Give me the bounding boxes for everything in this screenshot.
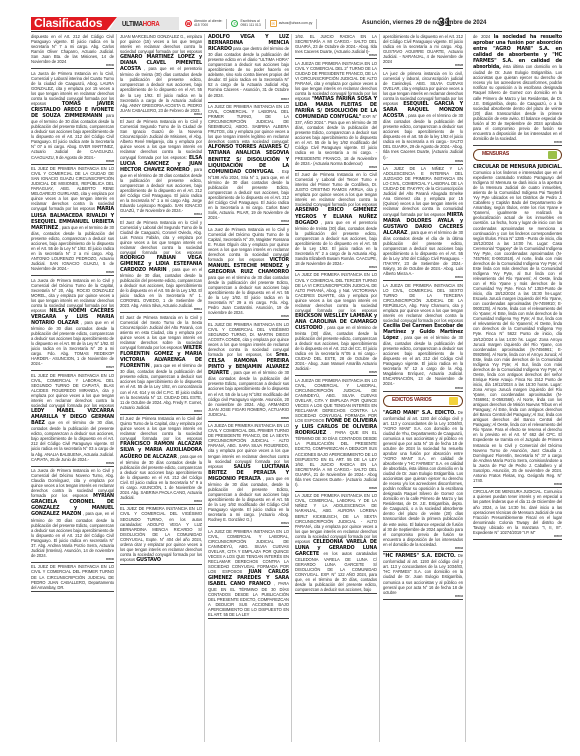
notice-text: , para que en el término de 30 días, con…: [120, 363, 202, 409]
issue-date: Asunción, viernes 29 de noviembre de 202…: [362, 17, 486, 30]
notice: El Juez de Primera Instancia en lo Civil…: [120, 119, 202, 218]
contact-email[interactable]: ✉ avisos@uhora.com.py: [270, 17, 313, 30]
notice-code: R0520: [208, 417, 289, 420]
mail-icon: ✉: [270, 20, 277, 27]
notice-text: EL JUEZ DE PRIMERA INSTANCIA EN LO CIVIL…: [31, 166, 114, 211]
notice: CIRCULAR DE MENSURA JUDICIAL. Comunico a…: [473, 489, 562, 539]
notice: EL JUEZ DE PRIMERA INSTANCIA EN LO CIVIL…: [120, 506, 202, 565]
notice-code: R0517: [208, 98, 289, 101]
notice-code: R0529: [383, 160, 463, 163]
notice-code: R0529: [31, 462, 114, 465]
notice-text: 1/92. EL JUICIO RADICA EN LA SECRETARÍA …: [295, 34, 377, 54]
contact-phone-number: 415 7000: [194, 23, 208, 27]
notice-text: EL JUEZ DE PRIMERA INSTANCIA EN LO CIVIL…: [120, 506, 202, 561]
notice: El Juez de Primera Instancia en lo Civil…: [120, 416, 202, 505]
notice-text: que en el término de 30 días, contados d…: [31, 420, 114, 461]
notice: EL JUEZ DE PRIMERA INSTANCIA EN LO CIVIL…: [31, 373, 114, 467]
notice-text: LA JUEZ DE PRIMERA INSTANCIA EN LO CIVIL…: [208, 529, 289, 574]
notice-text: , para que en el término de 30 días, con…: [383, 335, 463, 386]
notice-text: dispuesto en el Art. 212 del Código Civi…: [31, 34, 114, 64]
contact-phone[interactable]: ☎ Atención al cliente:415 7000: [185, 17, 222, 30]
notice-code: R0522: [295, 54, 377, 57]
notice-code: R0524: [295, 266, 377, 269]
notice-text: LA JUEZ DE LA NIÑEZ Y LA ADOLESCENCIA E …: [383, 166, 463, 216]
edicts-icon: [449, 397, 458, 405]
notice-text: , para que en el termino de 30 días, con…: [31, 225, 114, 271]
notice-code: R0534: [383, 595, 463, 598]
section-header-mensuras: MENSURAS: [473, 149, 562, 161]
notice: de 2024 la sociedad ha resuelto aprobar …: [473, 34, 562, 146]
section-header-label: EDICTOS VARIOS: [392, 398, 432, 403]
notice: El Juez de Primera Instancia en lo Civil…: [295, 172, 377, 271]
notice: dispuesto en el Art. 212 del Código Civi…: [31, 34, 114, 69]
notice-code: R0531: [383, 276, 463, 279]
contact-whatsapp-number: 0981 111 013: [240, 23, 260, 27]
notice-text: El Juez de Primera Instancia en lo Civil…: [295, 172, 377, 207]
notice-text: De conformidad al art. 1193 del código c…: [383, 553, 463, 594]
notice: EL JUEZ DE PRIMERA INSTANCIA EN LO CIVIL…: [31, 166, 114, 276]
divider: [316, 19, 317, 29]
notice-code: R0530: [31, 558, 114, 561]
notice: LA JUEZ DE PRIMERA INSTANCIA EN LO CIVIL…: [208, 529, 289, 620]
notice: LA JUEZ DE LA NIÑEZ Y LA ADOLESCENCIA E …: [383, 166, 463, 281]
notice-text: para que dentro del término de 30 días c…: [208, 46, 289, 97]
notice-text: ésta última con domicilio en la ciudad d…: [473, 64, 562, 141]
notice: LA JUEZA DE PRIMERA INSTANCIA EN LO CIVI…: [295, 61, 377, 171]
notice: El Juez de Primera Instancia en lo Civil…: [120, 220, 202, 314]
notice-text: para que en el término de 30 días contad…: [208, 275, 289, 315]
notice-code: R0525: [295, 371, 377, 374]
page-number: 31: [438, 15, 451, 30]
notice: 1/92. EL JUICIO RADICA EN LA SECRETARÍA …: [295, 34, 377, 59]
notice-names: GUSTAVO: [136, 557, 161, 563]
notice-text: para que el termino de 30 días contados …: [31, 113, 114, 159]
notice-text: JUAN MARCELINO GONZALEZ G., emplaza por …: [120, 34, 202, 54]
column-5: apercibimiento de lo dispuesto en el Art…: [379, 34, 465, 742]
section-title: Clasificados: [31, 17, 117, 30]
notice-text: de 2024: [473, 34, 490, 39]
contact-whatsapp[interactable]: ✆ Escribinos al0981 111 013: [231, 17, 260, 30]
notice-text: en los autos caratulados CELEDONIA VAREL…: [295, 551, 377, 592]
section-header-label: MENSURAS: [482, 152, 509, 157]
notice-code: R0528: [383, 64, 463, 67]
contact-email-address: avisos@uhora.com.py: [279, 22, 313, 26]
map-icon: [548, 151, 557, 159]
notice: La Jueza de Primera Instancia en lo Civi…: [31, 278, 114, 372]
notice-code: R0514: [120, 308, 202, 311]
notice-text: , para que, en el término de 30 días con…: [31, 511, 114, 557]
notice-code: R0533: [383, 547, 463, 550]
notice: LA juez de primera instancia en lo civil…: [383, 71, 463, 165]
notice: La Jueza de Primera Instancia en lo Civi…: [31, 468, 114, 563]
notice: LA JUEZ DE PRIMERA INSTANCIA EN LO CIVIL…: [295, 272, 377, 376]
column-4: 1/92. EL JUICIO RADICA EN LA SECRETARÍA …: [291, 34, 379, 742]
page-header: Clasificados ULTIMAHORA ☎ Atención al cl…: [31, 17, 562, 30]
publisher-logo-a: ULTIMA: [122, 19, 143, 28]
notice-text: CIRCULAR DE MENSURA JUDICIAL. Comunico a…: [473, 489, 562, 534]
notice-text: , PARA QUE EN EL TÉRMINO DE 30 DÍAS CONT…: [208, 581, 289, 617]
notice-code: R0518: [208, 220, 289, 223]
notice-text: , para que en el término de 30 días cont…: [120, 167, 202, 213]
notice-code: R0526: [31, 271, 114, 274]
notice-code: R0516: [120, 500, 202, 503]
column-6: de 2024 la sociedad ha resuelto aprobar …: [465, 34, 562, 742]
notice-text: EL JUEZ DE PRIMERA INSTANCIA EN LO CIVIL…: [31, 373, 114, 408]
notice: EL JUEZ DE PRIMERA INSTANCIA EN LO CIVIL…: [31, 564, 114, 591]
notice-text: De conformidad al art. 1193 del código c…: [383, 410, 463, 547]
notice: ADOLFO VEGA Y LUZ BERNARDINA MENCIA RICA…: [208, 34, 289, 103]
notice: La Jueza de Primera Instancia en lo Civi…: [31, 71, 114, 165]
notice: El Juez de Primera Instancia en lo Civil…: [120, 315, 202, 415]
notice-code: R0523: [295, 166, 377, 169]
notice-text: LA JUEZ DE PRIMERA INSTANCIA EN LO CIVIL…: [295, 272, 377, 312]
notice-text: , para que en el perentorio término de t…: [120, 66, 202, 112]
notice-text: , para que en el término de 30 días cont…: [208, 370, 289, 416]
notice: LA JUEZA DE PRIMERA INSTANCIA EN LO CIVI…: [295, 378, 377, 492]
notice-text: LA JUEZA DE PRIMERA INSTANCIA EN LO CIVI…: [383, 283, 463, 323]
whatsapp-icon: ✆: [231, 20, 238, 27]
notice: LA JUEZA DE PRIMERA INSTANCIA EN LO CIVI…: [208, 423, 289, 527]
publisher-logo-b: HORA: [143, 19, 160, 28]
notice-text: LA JUEZ DE PRIMERA INSTANCIA EN LO CIVIL…: [295, 493, 377, 543]
notice-code: R0532: [383, 387, 463, 390]
notice: EL JUEZ DE PRIMERA INSTANCIA EN LO CIVIL…: [208, 322, 289, 422]
notice: LA JUEZ DE PRIMERA INSTANCIA EN LO CIVIL…: [208, 104, 289, 225]
notice: LA JUEZ DE PRIMERA INSTANCIA EN LO CIVIL…: [295, 493, 377, 594]
notice-text: El Juez de Primera Instancia en lo Civil…: [120, 119, 202, 159]
notice-text: apercibimiento de lo dispuesto en el Art…: [383, 34, 463, 64]
notice-text: EL JUEZ DE PRIMERA INSTANCIA EN LO CIVIL…: [31, 564, 114, 589]
notice-code: R0527: [31, 366, 114, 369]
phone-icon: ☎: [185, 20, 192, 27]
section-header-edictos-varios: EDICTOS VARIOS: [383, 395, 463, 407]
notice: "HC FARMES" S.A. EDICTO. De conformidad …: [383, 553, 463, 599]
notice-text: Comunico a los linderos e interesados qu…: [473, 170, 562, 483]
notice: LA JUEZA DE PRIMERA INSTANCIA EN LO CIVI…: [383, 283, 463, 392]
notice-text: , para que en el término de 30 días cont…: [31, 320, 114, 366]
notice-text: , para que en el término de 30 días cont…: [383, 230, 463, 276]
notice-code: R0526: [295, 487, 377, 490]
notice: La Juez de Primera Instancia en lo Civil…: [208, 227, 289, 321]
notice-text: EXP. N° 337, AÑO 2024.". Para que en tér…: [295, 114, 377, 165]
notice-text: El Juez de Primera Instancia en lo Civil…: [120, 416, 202, 441]
notice-text: , para que en el término de treinta (30)…: [295, 325, 377, 371]
column-1: dispuesto en el Art. 212 del Código Civi…: [31, 34, 116, 742]
notice-code: R0520: [208, 315, 289, 318]
notice-code: R0535: [473, 141, 562, 144]
notice-text: , para que en el término de 30 días, con…: [120, 267, 202, 308]
notice-code: R0513: [120, 213, 202, 216]
notice-code: R0537: [473, 535, 562, 538]
classifieds-columns: dispuesto en el Art. 212 del Código Civi…: [31, 34, 562, 742]
notice-text: LA JUEZA DE PRIMERA INSTANCIA EN LO CIVI…: [208, 423, 289, 468]
notice-text: , para que en el término de 30 días cont…: [383, 113, 463, 159]
notice-code: R0528: [31, 160, 114, 163]
column-3: ADOLFO VEGA Y LUZ BERNARDINA MENCIA RICA…: [204, 34, 291, 742]
header-rule: [31, 31, 562, 32]
notice-text: , para que en el término de 30 días cont…: [120, 454, 202, 500]
notice-text: LA JUEZA DE PRIMERA INSTANCIA EN LO CIVI…: [295, 61, 377, 101]
notice-text: LA JUEZ DE PRIMERA INSTANCIA EN LO CIVIL…: [208, 104, 289, 144]
column-2: JUAN MARCELINO GONZALEZ G., emplaza por …: [116, 34, 204, 742]
notice-text: El Juez de Primera Instancia en lo Civil…: [120, 220, 202, 255]
publisher-logo: ULTIMAHORA: [109, 17, 179, 30]
notice-text: . Exp N°198 Año 2024, Sria N° 1, para qu…: [208, 169, 289, 220]
notice-code: R0512: [120, 113, 202, 116]
notice-text: . PARA QUE EN EL TÉRMINO DE 30 DÍAS CONT…: [295, 430, 377, 486]
notice-text: LA JUEZA DE PRIMERA INSTANCIA EN LO CIVI…: [295, 378, 377, 423]
notice: JUAN MARCELINO GONZALEZ G., emplaza por …: [120, 34, 202, 118]
divider: [226, 19, 227, 29]
notice: "AGRO MANI" S.A. EDICTO. De conformidad …: [383, 410, 463, 552]
notice: CIRCULAR DE MENSURA JUDICIAL. Comunico a…: [473, 164, 562, 488]
notice-text: , para que en término de 30 días contado…: [208, 476, 289, 522]
notice-text: , para que en el perentorio término de t…: [295, 220, 377, 266]
notice-code: R0521: [208, 522, 289, 525]
notice: apercibimiento de lo dispuesto en el Art…: [383, 34, 463, 69]
divider: [265, 19, 266, 29]
notice-code: R0530: [31, 64, 114, 67]
notice-code: R0536: [473, 483, 562, 486]
notice-code: R0515: [120, 410, 202, 413]
